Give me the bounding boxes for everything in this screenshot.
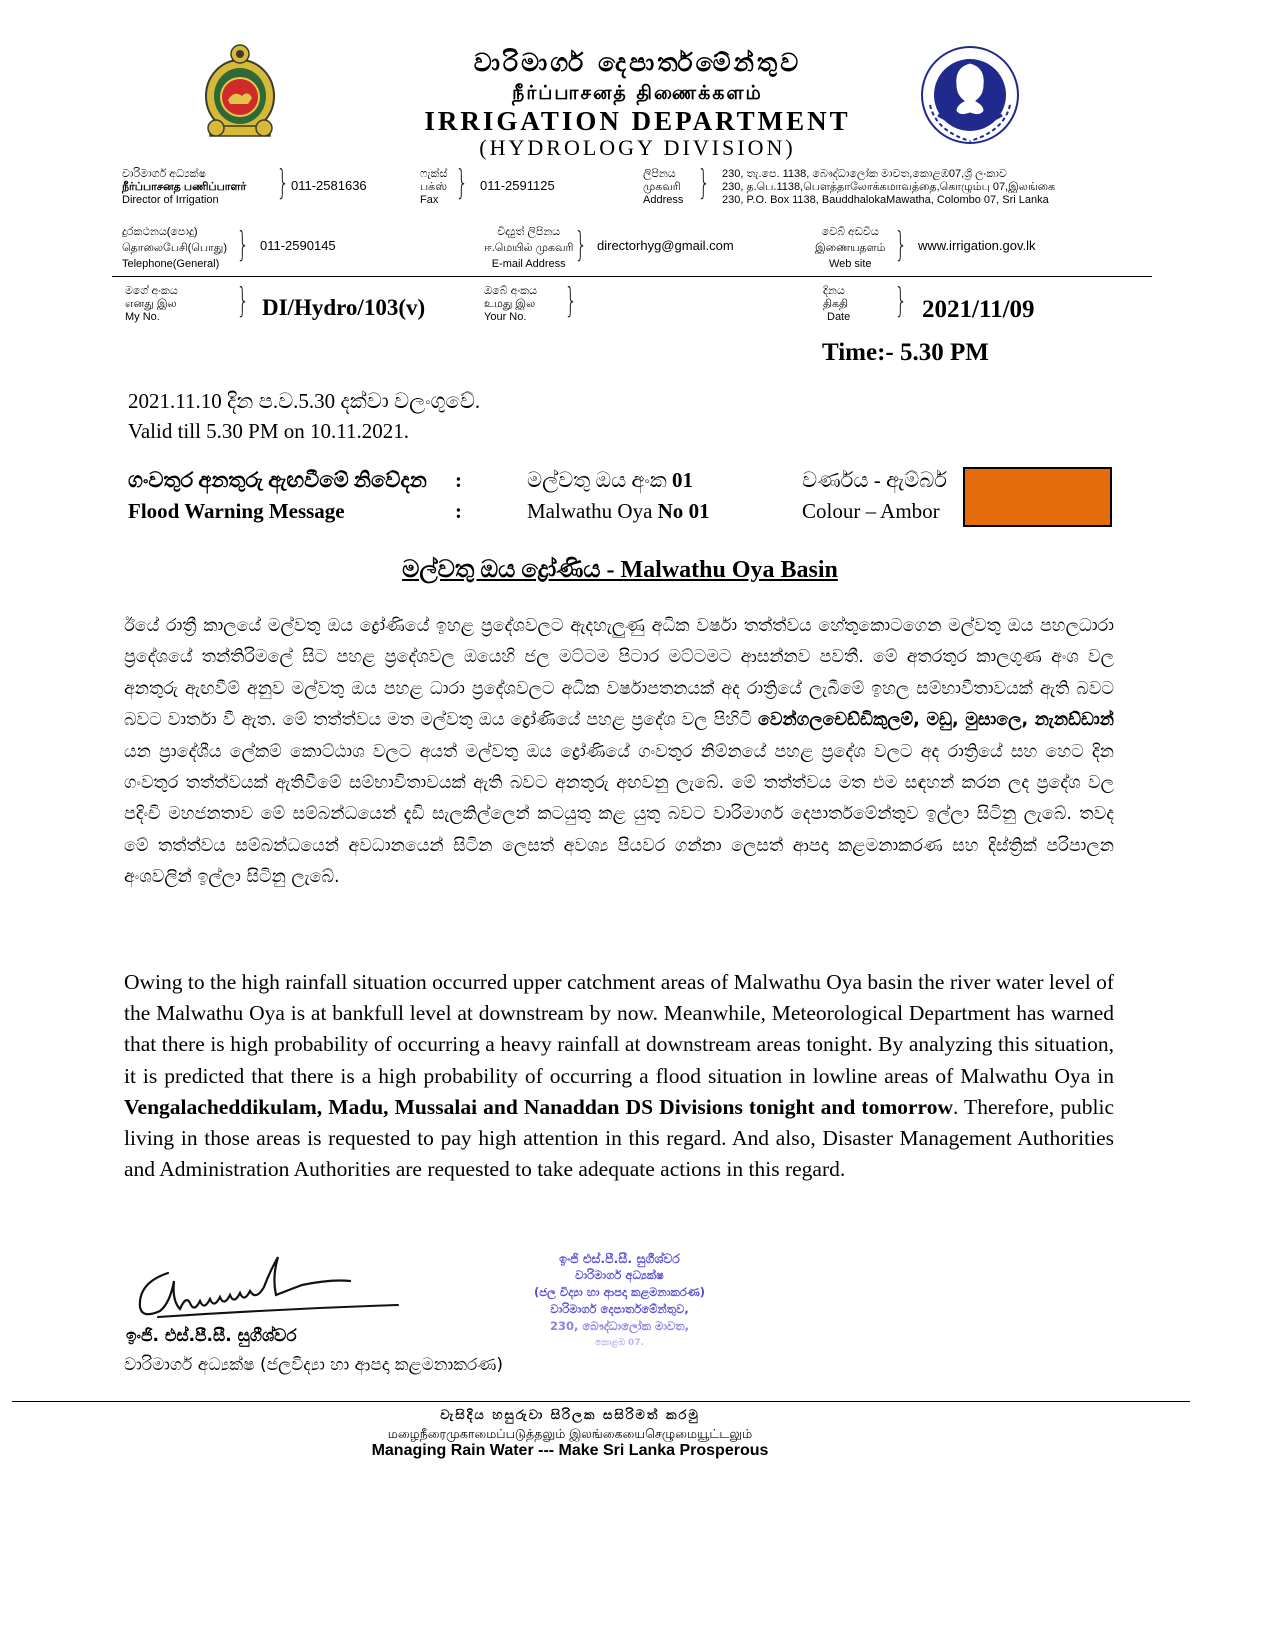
basin-number-sinhala: මල්වතු ඔය අංක 01 (527, 465, 693, 496)
footer-motto-tamil: மழைநீரைமுகாமைப்படுத்தலும் இலங்கையைசெழுமை… (0, 1426, 1140, 1443)
address-label: ලිපිනය முகவரி Address (643, 168, 683, 207)
address-label-en: Address (643, 194, 683, 207)
official-stamp: ඉංජි එස්.පී.සී. සුගීශ්වර වාරිමාර්ග අධ්‍ය… (482, 1250, 757, 1370)
basin-number: 01 (689, 499, 710, 523)
email-label: විද්‍යුත් ලිපිනය ஈ.மெயில் முகவரி E-mail … (484, 224, 573, 272)
telephone-number: 011-2590145 (260, 238, 336, 253)
fax-number: 011-2591125 (480, 178, 555, 193)
header-divider (112, 276, 1152, 277)
email-label-si: විද්‍යුත් ලිපිනය (484, 224, 573, 240)
handwritten-signature (128, 1255, 418, 1325)
colour-label-english: Colour – Ambor (802, 496, 940, 527)
my-no-label-en: My No. (125, 311, 178, 324)
alert-colour-swatch (963, 467, 1112, 527)
header-title-tamil: நீர்ப்பாசனத் திணைக்களம் (0, 82, 1275, 107)
signatory-name: ඉංජි. එස්.පී.සී. සුගීශ්වර (126, 1326, 297, 1346)
basin-no-label: No (658, 499, 684, 523)
basin-number-english: Malwathu Oya No 01 (527, 496, 710, 527)
date-label-ta: திகதி (823, 298, 850, 311)
header-title-sinhala: වාරිමාර්ග දෙපාර්තමේන්තුව (0, 48, 1275, 78)
stamp-line: කොළඹ 07. (482, 1335, 757, 1352)
signatory-title: වාරිමාර්ග අධ්‍යක්ෂ (ජලවිද්‍යා හා ආපදා කළ… (124, 1355, 503, 1375)
telephone-label: දුරකථනය(පොදු) தொலைபேசி(பொது) Telephone(G… (122, 224, 227, 272)
fax-label-en: Fax (420, 194, 447, 207)
body-english-places: Vengalacheddikulam, Madu, Mussalai and N… (124, 1095, 953, 1119)
brace-icon: } (276, 166, 289, 200)
issue-time: Time:- 5.30 PM (822, 339, 989, 367)
brace-icon: } (697, 166, 710, 200)
website-label: වෙබ් අඩවිය இணையதளம் Web site (815, 224, 885, 272)
validity-sinhala: 2021.11.10 දින ප.ව.5.30 දක්වා වලංගුවේ. (128, 386, 480, 416)
stamp-line: 230, බෞද්ධාලෝක මාවත, (482, 1318, 757, 1335)
brace-icon: } (236, 228, 249, 262)
body-english-part1: Owing to the high rainfall situation occ… (124, 970, 1114, 1088)
address-line-ta: 230, த.பெ.1138,பௌத்தாலோக்கமாவத்தை,கொழும்… (722, 181, 1055, 194)
address-label-si: ලිපිනය (643, 168, 683, 181)
website-url[interactable]: www.irrigation.gov.lk (918, 238, 1036, 253)
email-label-en: E-mail Address (484, 256, 573, 272)
reference-number: DI/Hydro/103(v) (262, 295, 425, 321)
brace-icon: } (455, 166, 468, 200)
director-label: වාරිමාර්ග අධ්‍යක්ෂ நீர்ப்பாசனத பணிப்பாளர… (122, 168, 246, 207)
footer-divider (12, 1401, 1190, 1402)
telephone-label-si: දුරකථනය(පොදු) (122, 224, 227, 240)
validity-english: Valid till 5.30 PM on 10.11.2021. (128, 416, 409, 446)
director-label-si: වාරිමාර්ග අධ්‍යක්ෂ (122, 168, 246, 181)
basin-heading: මල්වතු ඔය ද්‍රෝණිය - Malwathu Oya Basin (0, 557, 1240, 584)
my-no-label-ta: எனது இல (125, 298, 178, 311)
basin-number: 01 (672, 468, 693, 492)
website-label-ta: இணையதளம் (815, 240, 885, 256)
website-label-si: වෙබ් අඩවිය (815, 224, 885, 240)
body-sinhala-part2: යන ප්‍රාදේශීය ලේකම් කොට්ඨාශ වලට අයත් මල්… (124, 742, 1114, 888)
date-label-en: Date (823, 311, 850, 324)
warning-label-english: Flood Warning Message (128, 496, 345, 527)
your-no-label: ඔබේ අංකය உமது இல Your No. (484, 285, 537, 324)
body-sinhala: ඊයේ රාත්‍රී කාලයේ මල්වතු ඔය ද්‍රෝණියේ ඉහ… (124, 611, 1114, 894)
brace-icon: } (894, 284, 907, 318)
brace-icon: } (894, 228, 907, 262)
website-label-en: Web site (815, 256, 885, 272)
director-label-en: Director of Irrigation (122, 194, 246, 207)
your-no-label-ta: உமது இல (484, 298, 537, 311)
body-english: Owing to the high rainfall situation occ… (124, 967, 1114, 1185)
warning-colon: : (455, 496, 462, 527)
my-no-label-si: මගේ අංකය (125, 285, 178, 298)
issue-date: 2021/11/09 (922, 296, 1035, 324)
header-title-english: IRRIGATION DEPARTMENT (0, 106, 1275, 137)
date-label: දිනය திகதி Date (823, 285, 850, 324)
body-sinhala-places: වෙන්ගලචෙඩ්ඩිකුලම්, මඩු, මුසාලෙ, නැනඩ්ඩාන… (758, 710, 1114, 730)
brace-icon: } (564, 284, 577, 318)
telephone-label-en: Telephone(General) (122, 256, 227, 272)
date-label-si: දිනය (823, 285, 850, 298)
basin-sinhala-text: මල්වතු ඔය අංක (527, 468, 667, 492)
email-address[interactable]: directorhyg@gmail.com (597, 238, 734, 253)
brace-icon: } (236, 284, 249, 318)
your-no-label-en: Your No. (484, 311, 537, 324)
fax-label-si: ෆැක්ස් (420, 168, 447, 181)
address-label-ta: முகவரி (643, 181, 683, 194)
telephone-label-ta: தொலைபேசி(பொது) (122, 240, 227, 256)
fax-label-ta: பக்ஸ் (420, 181, 447, 194)
director-label-ta: நீர்ப்பாசனத பணிப்பாளர் (122, 181, 246, 194)
header-division: (HYDROLOGY DIVISION) (0, 135, 1275, 161)
basin-english-text: Malwathu Oya (527, 499, 652, 523)
my-no-label: මගේ අංකය எனது இல My No. (125, 285, 178, 324)
warning-colon: : (455, 465, 462, 496)
stamp-line: (ජල විද්‍යා හා ආපදා කළමනාකරණ) (482, 1284, 757, 1301)
footer-motto-sinhala: වැසිදිය හසුරුවා සිරිලක සසිරිමත් කරමු (0, 1408, 1140, 1423)
stamp-line: වාරිමාර්ග දෙපාර්තමේන්තුව, (482, 1301, 757, 1318)
director-phone: 011-2581636 (291, 178, 367, 193)
address-line-en: 230, P.O. Box 1138, BauddhalokaMawatha, … (722, 194, 1055, 207)
address-line-si: 230, තැ.පෙ. 1138, බෞද්ධාලෝක මාවත,කොළඹ07,… (722, 168, 1055, 181)
your-no-label-si: ඔබේ අංකය (484, 285, 537, 298)
colour-label-sinhala: වර්ණය - ඇම්බර් (802, 465, 947, 496)
email-label-ta: ஈ.மெயில் முகவரி (484, 240, 573, 256)
stamp-line: ඉංජි එස්.පී.සී. සුගීශ්වර (482, 1250, 757, 1267)
fax-label: ෆැක්ස් பக்ஸ் Fax (420, 168, 447, 207)
warning-label-sinhala: ගංවතුර අනතුරු ඇඟවීමේ නිවේදන (128, 465, 427, 496)
address-lines: 230, තැ.පෙ. 1138, බෞද්ධාලෝක මාවත,කොළඹ07,… (722, 168, 1055, 207)
stamp-line: වාරිමාර්ග අධ්‍යක්ෂ (482, 1267, 757, 1284)
footer-motto-english: Managing Rain Water --- Make Sri Lanka P… (0, 1442, 1140, 1460)
brace-icon: } (574, 228, 587, 262)
